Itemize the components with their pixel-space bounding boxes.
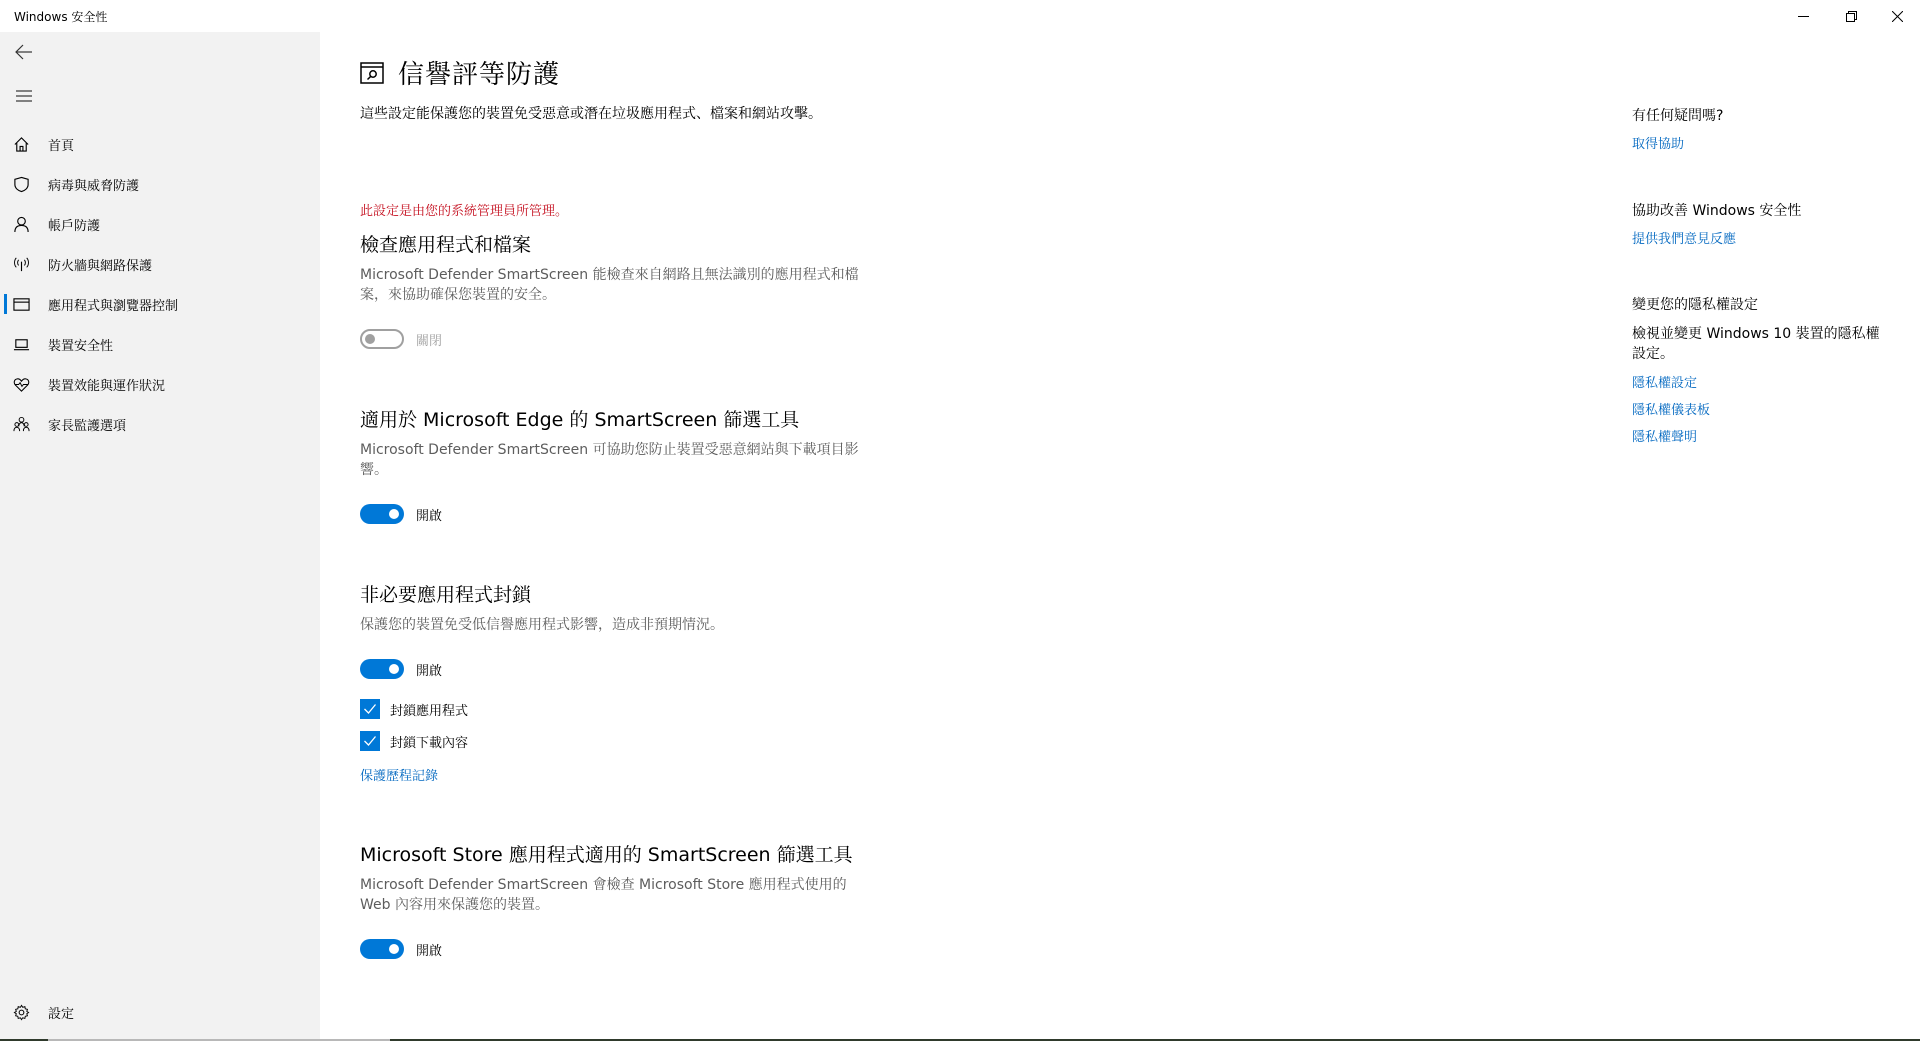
section-description: Microsoft Defender SmartScreen 可協助您防止裝置受… xyxy=(360,440,870,480)
minimize-icon xyxy=(1798,11,1809,22)
privacy-dashboard-link[interactable]: 隱私權儀表板 xyxy=(1632,399,1892,418)
section-pua-blocking: 非必要應用程式封鎖 保護您的裝置免受低信譽應用程式影響，造成非預期情況。 開啟 … xyxy=(360,580,880,784)
laptop-icon xyxy=(0,324,42,364)
section-store-smartscreen: Microsoft Store 應用程式適用的 SmartScreen 篩選工具… xyxy=(360,840,880,959)
restore-button[interactable] xyxy=(1828,0,1874,32)
page-description: 這些設定能保護您的裝置免受惡意或潛在垃圾應用程式、檔案和網站攻擊。 xyxy=(360,104,860,124)
privacy-heading: 變更您的隱私權設定 xyxy=(1632,294,1892,314)
checkmark-icon xyxy=(363,734,377,748)
checkbox-label: 封鎖應用程式 xyxy=(390,700,468,719)
sidebar-item-label: 帳戶防護 xyxy=(48,215,100,234)
back-arrow-icon xyxy=(15,43,33,61)
page-header: 信譽評等防護 xyxy=(360,54,560,91)
help-heading: 有任何疑問嗎? xyxy=(1632,105,1892,125)
sidebar-item-family-options[interactable]: 家長監護選項 xyxy=(0,404,320,444)
section-heading: 非必要應用程式封鎖 xyxy=(360,580,880,607)
give-feedback-link[interactable]: 提供我們意見反應 xyxy=(1632,228,1892,247)
privacy-group: 變更您的隱私權設定 檢視並變更 Windows 10 裝置的隱私權設定。 隱私權… xyxy=(1632,294,1892,445)
antenna-icon xyxy=(0,244,42,284)
pua-blocking-toggle[interactable] xyxy=(360,659,404,679)
sidebar-item-app-browser-control[interactable]: 應用程式與瀏覽器控制 xyxy=(0,284,320,324)
family-icon xyxy=(0,404,42,444)
sidebar-item-firewall[interactable]: 防火牆與網路保護 xyxy=(0,244,320,284)
block-apps-checkbox[interactable] xyxy=(360,699,380,719)
menu-button[interactable] xyxy=(0,76,48,116)
block-downloads-checkbox-row[interactable]: 封鎖下載內容 xyxy=(360,731,880,751)
checkmark-icon xyxy=(363,702,377,716)
page-title: 信譽評等防護 xyxy=(398,54,560,91)
check-apps-files-toggle[interactable] xyxy=(360,329,404,349)
sidebar-item-settings[interactable]: 設定 xyxy=(0,992,320,1032)
sidebar-item-label: 防火牆與網路保護 xyxy=(48,255,152,274)
admin-managed-warning: 此設定是由您的系統管理員所管理。 xyxy=(360,200,568,219)
toggle-state-label: 關閉 xyxy=(416,330,442,349)
section-heading: 適用於 Microsoft Edge 的 SmartScreen 篩選工具 xyxy=(360,405,880,432)
edge-smartscreen-toggle[interactable] xyxy=(360,504,404,524)
protection-history-link[interactable]: 保護歷程記錄 xyxy=(360,765,438,784)
reputation-window-search-icon xyxy=(360,62,384,84)
toggle-state-label: 開啟 xyxy=(416,940,442,959)
close-icon xyxy=(1892,11,1903,22)
privacy-settings-link[interactable]: 隱私權設定 xyxy=(1632,372,1892,391)
section-check-apps-files: 檢查應用程式和檔案 Microsoft Defender SmartScreen… xyxy=(360,230,880,349)
close-button[interactable] xyxy=(1874,0,1920,32)
sidebar-item-label: 設定 xyxy=(48,1003,74,1022)
improve-heading: 協助改善 Windows 安全性 xyxy=(1632,200,1892,220)
store-smartscreen-toggle[interactable] xyxy=(360,939,404,959)
person-icon xyxy=(0,204,42,244)
get-help-link[interactable]: 取得協助 xyxy=(1632,133,1892,152)
title-bar: Windows 安全性 xyxy=(0,0,1920,32)
section-description: Microsoft Defender SmartScreen 會檢查 Micro… xyxy=(360,875,870,915)
sidebar-item-label: 病毒與威脅防護 xyxy=(48,175,139,194)
sidebar-item-label: 裝置效能與運作狀況 xyxy=(48,375,165,394)
toggle-state-label: 開啟 xyxy=(416,660,442,679)
section-description: Microsoft Defender SmartScreen 能檢查來自網路且無… xyxy=(360,265,870,305)
sidebar-item-home[interactable]: 首頁 xyxy=(0,124,320,164)
toggle-row: 開啟 xyxy=(360,939,880,959)
sidebar-item-label: 應用程式與瀏覽器控制 xyxy=(48,295,178,314)
section-heading: Microsoft Store 應用程式適用的 SmartScreen 篩選工具 xyxy=(360,840,880,867)
sidebar-item-label: 首頁 xyxy=(48,135,74,154)
app-title: Windows 安全性 xyxy=(14,8,107,25)
back-button[interactable] xyxy=(0,32,48,72)
privacy-description: 檢視並變更 Windows 10 裝置的隱私權設定。 xyxy=(1632,324,1882,364)
sidebar-item-device-performance[interactable]: 裝置效能與運作狀況 xyxy=(0,364,320,404)
sidebar: 首頁 病毒與威脅防護 帳戶防護 防火牆與網路保護 應用程式與瀏覽器控制 裝置安全… xyxy=(0,32,320,1041)
hamburger-icon xyxy=(15,87,33,105)
sidebar-item-label: 家長監護選項 xyxy=(48,415,126,434)
toggle-row: 關閉 xyxy=(360,329,880,349)
checkbox-label: 封鎖下載內容 xyxy=(390,732,468,751)
toggle-state-label: 開啟 xyxy=(416,505,442,524)
privacy-statement-link[interactable]: 隱私權聲明 xyxy=(1632,426,1892,445)
shield-icon xyxy=(0,164,42,204)
main-content: 信譽評等防護 這些設定能保護您的裝置免受惡意或潛在垃圾應用程式、檔案和網站攻擊。… xyxy=(320,32,1920,1041)
heart-pulse-icon xyxy=(0,364,42,404)
restore-icon xyxy=(1846,11,1857,22)
toggle-row: 開啟 xyxy=(360,504,880,524)
sidebar-item-label: 裝置安全性 xyxy=(48,335,113,354)
toggle-row: 開啟 xyxy=(360,659,880,679)
sidebar-item-account-protection[interactable]: 帳戶防護 xyxy=(0,204,320,244)
section-heading: 檢查應用程式和檔案 xyxy=(360,230,880,257)
block-downloads-checkbox[interactable] xyxy=(360,731,380,751)
section-edge-smartscreen: 適用於 Microsoft Edge 的 SmartScreen 篩選工具 Mi… xyxy=(360,405,880,524)
section-description: 保護您的裝置免受低信譽應用程式影響，造成非預期情況。 xyxy=(360,615,870,635)
block-apps-checkbox-row[interactable]: 封鎖應用程式 xyxy=(360,699,880,719)
sidebar-item-device-security[interactable]: 裝置安全性 xyxy=(0,324,320,364)
gear-icon xyxy=(0,992,42,1032)
home-icon xyxy=(0,124,42,164)
app-window-icon xyxy=(0,284,42,324)
sidebar-item-virus-protection[interactable]: 病毒與威脅防護 xyxy=(0,164,320,204)
help-group: 有任何疑問嗎? 取得協助 xyxy=(1632,105,1892,152)
improve-group: 協助改善 Windows 安全性 提供我們意見反應 xyxy=(1632,200,1892,247)
minimize-button[interactable] xyxy=(1780,0,1826,32)
